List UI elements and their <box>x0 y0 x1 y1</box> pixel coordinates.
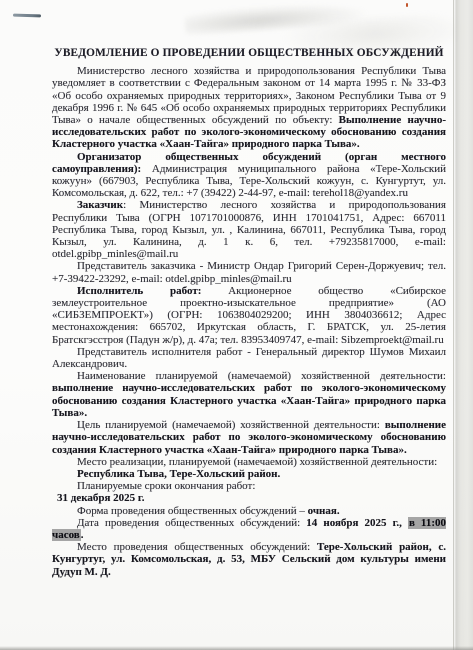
paragraph: Форма проведения общественных обсуждений… <box>52 505 446 517</box>
page-edge-shadow <box>453 0 473 650</box>
text-run: Дата проведения общественных обсуждений: <box>77 517 306 529</box>
paragraph: Место реализации, планируемой (намечаемо… <box>52 456 446 468</box>
paragraph: Наименование планируемой (намечаемой) хо… <box>52 370 446 419</box>
document-paragraphs: Министерство лесного хозяйства и природо… <box>52 65 446 578</box>
paragraph: Планируемые сроки окончания работ: <box>52 480 446 492</box>
paragraph: Республика Тыва, Тере-Хольский район. <box>52 468 446 480</box>
text-run: Цель планируемой (намечаемой) хозяйствен… <box>77 419 385 431</box>
paragraph: Цель планируемой (намечаемой) хозяйствен… <box>52 419 446 456</box>
text-run: Представитель заказчика - Министр Ондар … <box>52 260 446 284</box>
paragraph: Место проведения общественных обсуждений… <box>52 541 446 578</box>
paragraph: 31 декабря 2025 г. <box>52 492 446 504</box>
orange-speck <box>406 3 408 7</box>
paragraph: Представитель заказчика - Министр Ондар … <box>52 260 446 284</box>
scanned-page: УВЕДОМЛЕНИЕ О ПРОВЕДЕНИИ ОБЩЕСТВЕННЫХ ОБ… <box>0 0 473 650</box>
paragraph: Министерство лесного хозяйства и природо… <box>52 65 446 150</box>
text-run: Наименование планируемой (намечаемой) хо… <box>77 370 446 382</box>
document-title: УВЕДОМЛЕНИЕ О ПРОВЕДЕНИИ ОБЩЕСТВЕННЫХ ОБ… <box>52 47 446 59</box>
paragraph: Представитель исполнителя работ - Генера… <box>52 346 446 370</box>
paragraph: Исполнитель работ: Акционерное общество … <box>52 285 446 346</box>
text-run: Планируемые сроки окончания работ: <box>77 480 255 492</box>
paragraph: Дата проведения общественных обсуждений:… <box>52 517 446 541</box>
text-run: Форма проведения общественных обсуждений… <box>77 505 308 517</box>
page-bottom-shadow <box>0 646 473 650</box>
notice-document: УВЕДОМЛЕНИЕ О ПРОВЕДЕНИИ ОБЩЕСТВЕННЫХ ОБ… <box>52 47 446 578</box>
paragraph: Заказчик: Министерство лесного хозяйства… <box>52 199 446 260</box>
text-run: 14 ноября 2025 г., <box>306 517 408 529</box>
paragraph: Организатор общественных обсуждений (орг… <box>52 151 446 200</box>
text-run: Место проведения общественных обсуждений… <box>77 541 317 553</box>
text-run: очная. <box>308 505 340 517</box>
text-run: 31 декабря 2025 г. <box>57 492 144 504</box>
text-run: Исполнитель работ: <box>77 285 228 297</box>
pen-mark <box>13 14 41 18</box>
text-run: Место реализации, планируемой (намечаемо… <box>77 456 437 468</box>
text-run: Республика Тыва, Тере-Хольский район. <box>77 468 280 480</box>
text-run: Представитель исполнителя работ - Генера… <box>52 346 446 370</box>
text-run: Заказчик <box>77 199 123 211</box>
text-run: . <box>81 529 84 541</box>
text-run: выполнение научно-исследовательских рабо… <box>52 382 446 418</box>
